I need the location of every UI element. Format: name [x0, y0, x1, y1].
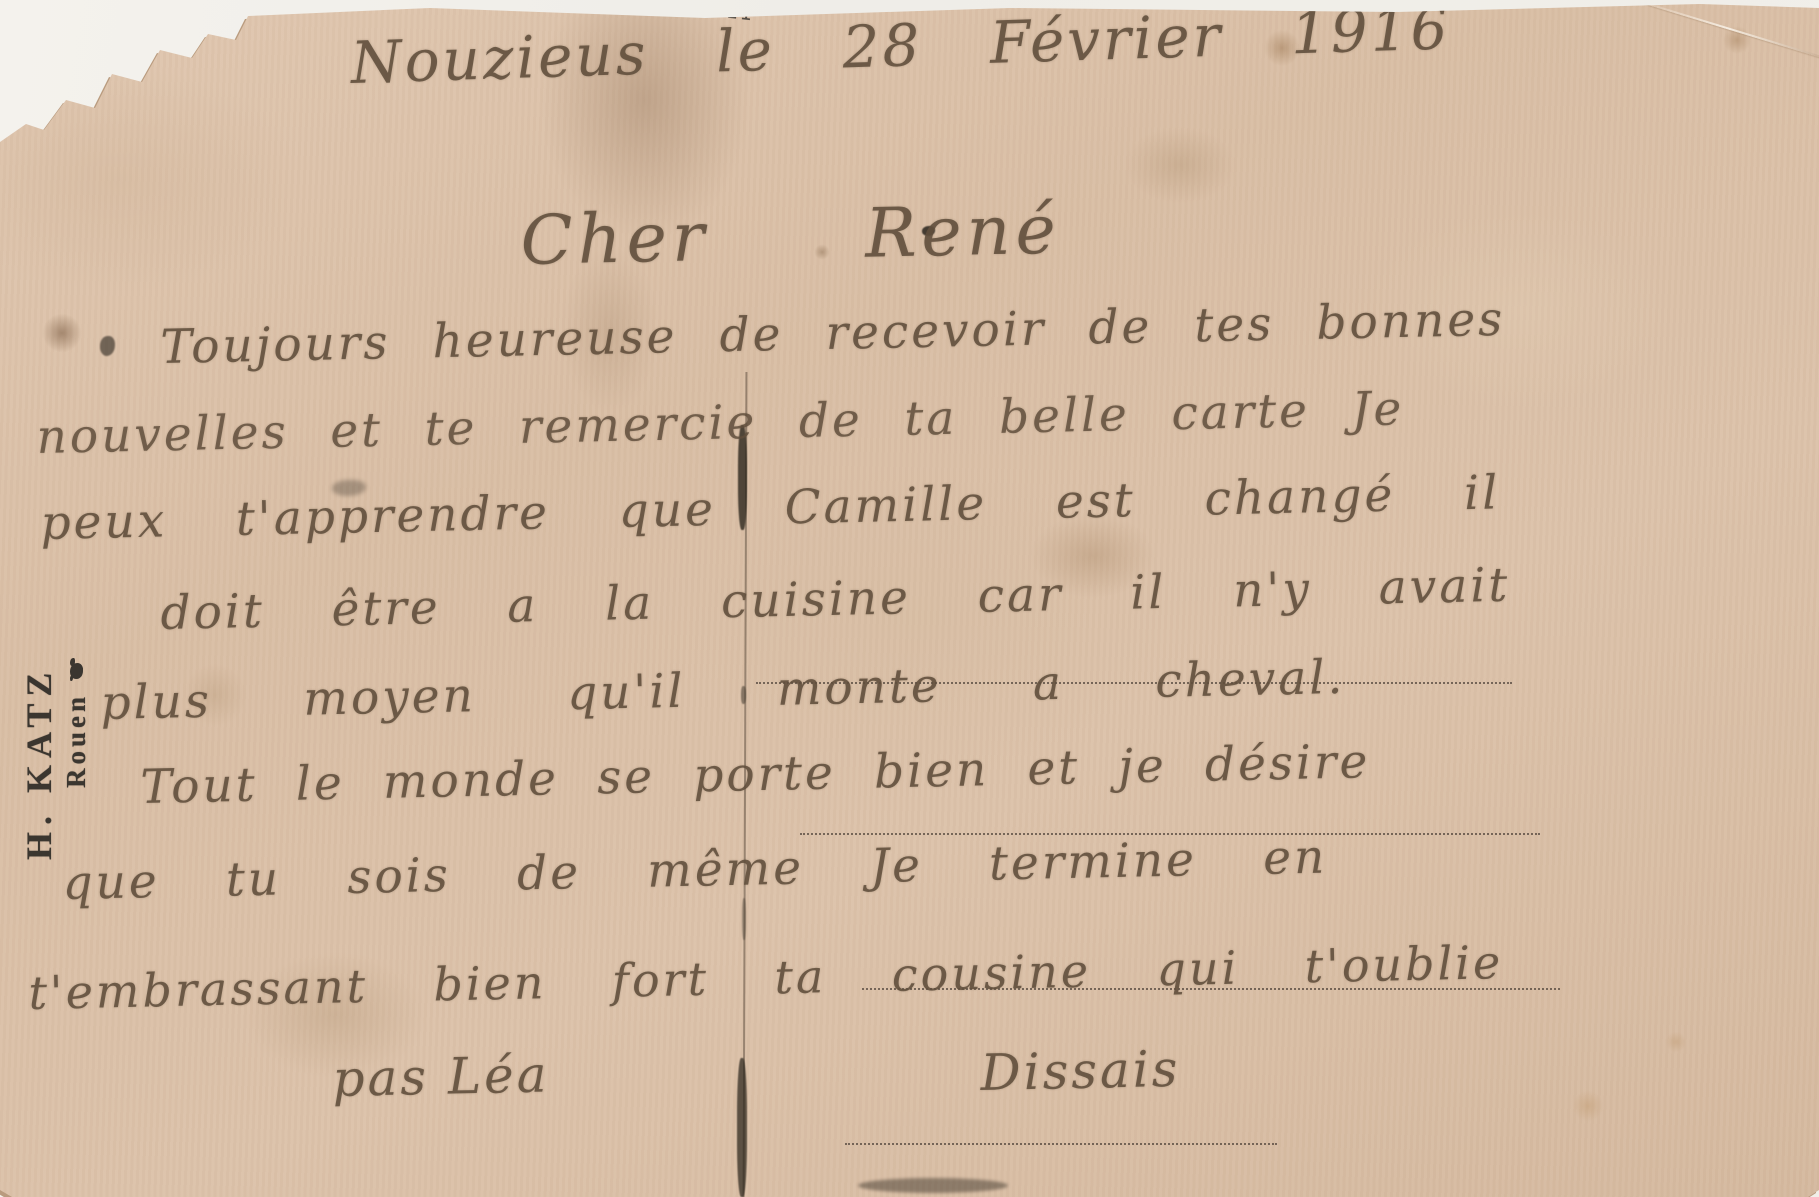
scan-background: 11 H. KATZ Rouen Nouzieus le 28 Février …: [0, 0, 1819, 1197]
closing-left: pas Léa: [332, 1049, 550, 1104]
body-line-8: t'embrassant bien fort ta cousine qui t'…: [28, 939, 1504, 1020]
ink-blot: [742, 898, 746, 940]
body-line-7: que tu sois de même Je termine en: [62, 834, 1328, 912]
stamp-city: Rouen: [63, 693, 90, 788]
signature-surname: Dissais: [980, 1044, 1181, 1098]
postcard-paper: 11 H. KATZ Rouen Nouzieus le 28 Février …: [0, 0, 1819, 1197]
paper-crease: [1634, 0, 1819, 59]
photographer-stamp: H. KATZ Rouen: [21, 560, 105, 860]
salutation: Cher René: [520, 197, 1061, 283]
body-line-2: nouvelles et te remercie de ta belle car…: [36, 385, 1405, 465]
body-line-4: doit être a la cuisine car il n'y avait: [160, 562, 1511, 642]
dirt-speck: [100, 336, 115, 356]
body-line-6: Tout le monde se porte bien et je désire: [140, 738, 1371, 815]
fleur-ornament: [70, 663, 83, 679]
stamp-city-row: Rouen: [63, 560, 90, 788]
dotted-address-line: [845, 1143, 1277, 1145]
body-line-3: peux t'apprendre que Camille est changé …: [40, 469, 1501, 551]
date-line: Nouzieus le 28 Février 1916: [350, 0, 1451, 98]
body-line-5: plus moyen qu'il monte a cheval.: [100, 654, 1346, 732]
stamp-name: H. KATZ: [21, 560, 57, 860]
ink-blot: [737, 1058, 747, 1197]
ink-smudge: [858, 1178, 1008, 1193]
body-line-1: Toujours heureuse de recevoir de tes bon…: [160, 296, 1506, 376]
